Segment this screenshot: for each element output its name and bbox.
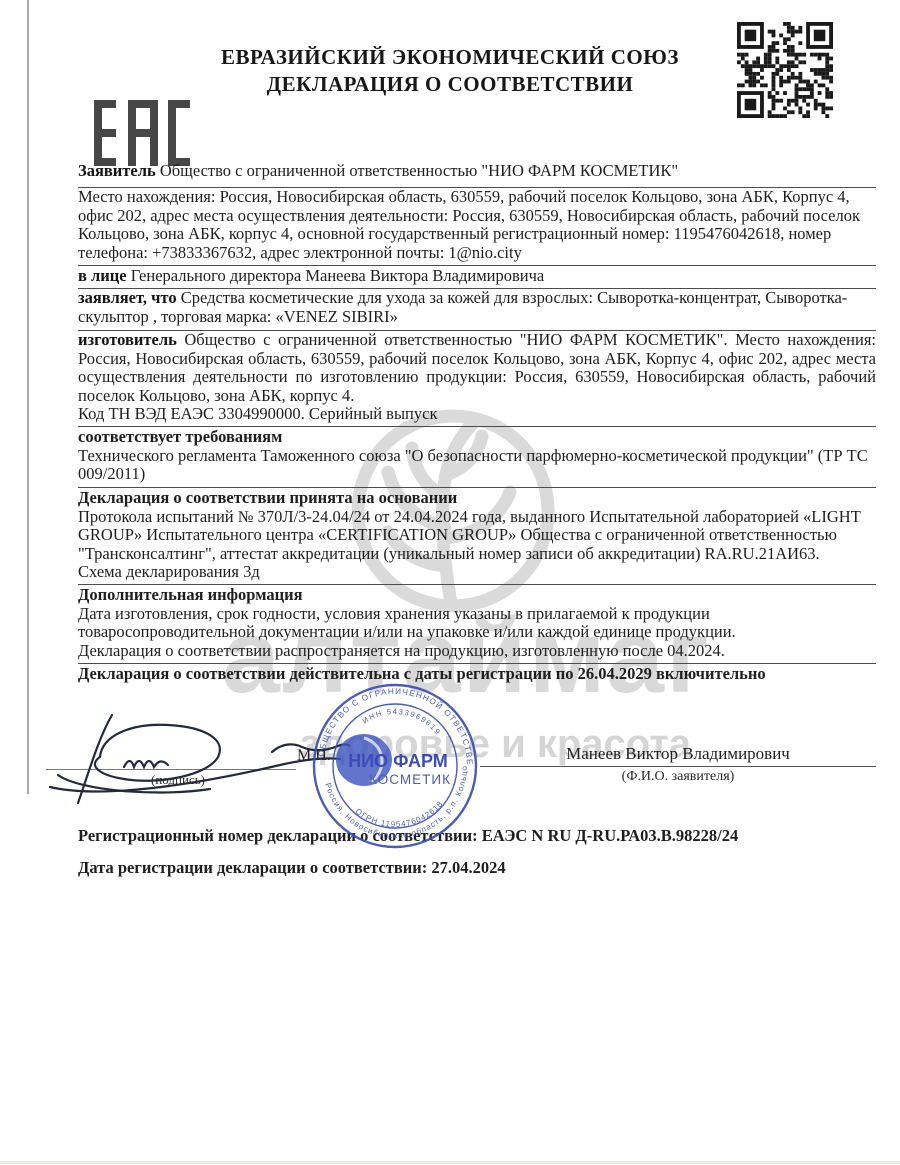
fio-caption: (Ф.И.О. заявителя): [480, 769, 876, 785]
handwritten-signature: [40, 705, 350, 815]
scan-edge-line: [27, 0, 29, 794]
represented-by-value: Генерального директора Манеева Виктора В…: [131, 266, 544, 285]
applicant-value: Общество с ограниченной ответственностью…: [160, 161, 678, 180]
document-body: Заявитель Общество с ограниченной ответс…: [78, 161, 876, 684]
declares-value: Средства косметические для ухода за коже…: [78, 288, 847, 326]
applicant-row: Заявитель Общество с ограниченной ответс…: [78, 161, 876, 181]
stamp-inn-text: ИНН 5433969619: [361, 707, 443, 737]
qr-code: [735, 22, 835, 118]
declares-paragraph: заявляет, что Средства косметические для…: [78, 289, 876, 326]
manufacturer-label: изготовитель: [78, 330, 177, 349]
basis-heading: Декларация о соответствии принята на осн…: [78, 488, 876, 508]
signature-caption: (подпись): [118, 772, 238, 788]
stamp-center-line2: КОСМЕТИК: [369, 772, 451, 787]
svg-text:ИНН 5433969619: ИНН 5433969619: [361, 707, 443, 737]
additional-text-1: Дата изготовления, срок годности, услови…: [78, 605, 876, 642]
company-stamp: ОБЩЕСТВО С ОГРАНИЧЕННОЙ ОТВЕТСТВЕННОСТЬЮ…: [306, 680, 484, 852]
scheme-line: Схема декларирования 3д: [78, 563, 876, 582]
manufacturer-value: Общество с ограниченной ответственностью…: [78, 330, 876, 405]
scan-bottom-line: [0, 1161, 900, 1164]
represented-by-label: в лице: [78, 266, 127, 285]
declaration-document: алтаймаг здоровье и красота ЕВРАЗИЙСКИЙ …: [0, 0, 900, 1165]
location-paragraph: Место нахождения: Россия, Новосибирская …: [78, 188, 876, 262]
registration-date-line: Дата регистрации декларации о соответств…: [78, 858, 878, 878]
fio-name: Манеев Виктор Владимирович: [480, 744, 876, 767]
fio-block: Манеев Виктор Владимирович (Ф.И.О. заяви…: [480, 744, 876, 785]
manufacturer-paragraph: изготовитель Общество с ограниченной отв…: [78, 331, 876, 405]
conforms-heading: соответствует требованиям: [78, 427, 876, 447]
represented-by-row: в лице Генерального директора Манеева Ви…: [78, 266, 876, 286]
conforms-text: Технического регламента Таможенного союз…: [78, 447, 876, 484]
additional-text-2: Декларация о соответствии распространяет…: [78, 642, 876, 661]
eac-mark-icon: [94, 100, 190, 166]
declares-label: заявляет, что: [78, 288, 177, 307]
applicant-label: Заявитель: [78, 161, 156, 180]
additional-heading: Дополнительная информация: [78, 585, 876, 605]
basis-text: Протокола испытаний № 370Л/3-24.04/24 от…: [78, 508, 876, 564]
stamp-center-line1: НИО ФАРМ: [348, 751, 448, 771]
tnved-line: Код ТН ВЭД ЕАЭС 3304990000. Серийный вып…: [78, 405, 876, 424]
